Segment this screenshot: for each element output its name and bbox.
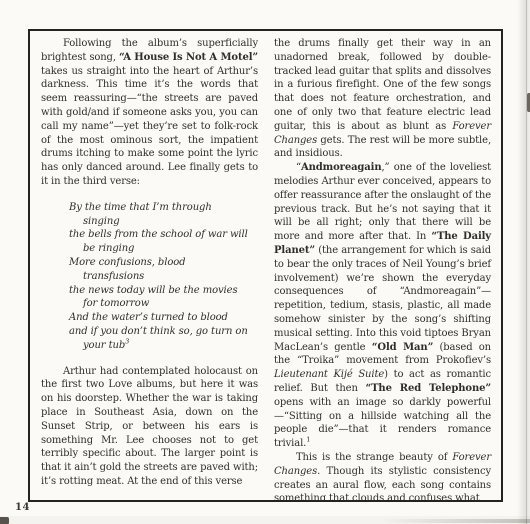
- page-edge-shadow: [517, 0, 530, 524]
- verse-line: your tub3: [69, 339, 256, 353]
- text-segment: the drums finally get their way in an un…: [274, 38, 491, 132]
- footnote-marker: 3: [125, 337, 129, 345]
- text-segment: takes us straight into the heart of Arth…: [41, 66, 258, 187]
- text-segment: (the arrangement for which is said to be…: [274, 245, 491, 353]
- verse-line: and if you don’t think so, go turn on: [69, 325, 256, 339]
- footnote-marker: 1: [306, 436, 310, 444]
- text-frame: Following the album’s superficially brig…: [28, 29, 503, 502]
- verse-line: transfusions: [69, 270, 256, 284]
- text-segment: “A House Is Not A Motel”: [119, 52, 258, 63]
- verse-quote: By the time that I’m throughsingingthe b…: [69, 201, 256, 353]
- verse-line: for tomorrow: [69, 297, 256, 311]
- verse-line: the news today will be the movies: [69, 284, 256, 298]
- verse-line: the bells from the school of war will: [69, 228, 256, 242]
- text-segment: Arthur had contemplated holocaust on the…: [41, 366, 258, 487]
- text-segment: This is the strange beauty of: [296, 452, 452, 463]
- text-segment: Lieutenant Kijé Suite: [274, 369, 384, 380]
- verse-line: More confusions, blood: [69, 256, 256, 270]
- page-background: Following the album’s superficially brig…: [0, 0, 530, 524]
- paragraph: “Andmoreagain,” one of the loveliest mel…: [274, 161, 491, 451]
- scanned-book-page: { "page_number": "14", "colors": { "pape…: [0, 0, 530, 524]
- page-number: 14: [15, 502, 30, 513]
- left-column: Following the album’s superficially brig…: [41, 37, 258, 496]
- page-edge-line: [526, 0, 527, 524]
- verse-line: be ringing: [69, 242, 256, 256]
- scan-artifact-bottom-right: [380, 519, 530, 523]
- paragraph: Arthur had contemplated holocaust on the…: [41, 365, 258, 489]
- text-segment: Andmoreagain: [301, 162, 381, 173]
- verse-line: And the water’s turned to blood: [69, 311, 256, 325]
- paragraph: the drums finally get their way in an un…: [274, 37, 491, 161]
- verse-line: singing: [69, 215, 256, 229]
- scan-artifact-bottom-left: [0, 517, 9, 524]
- verse-line: By the time that I’m through: [69, 201, 256, 215]
- paragraph: Following the album’s superficially brig…: [41, 37, 258, 189]
- right-column: the drums finally get their way in an un…: [274, 37, 491, 496]
- text-segment: “The Red Telephone”: [365, 383, 491, 394]
- paragraph: This is the strange beauty of Forever Ch…: [274, 451, 491, 502]
- text-segment: “Old Man”: [372, 342, 433, 353]
